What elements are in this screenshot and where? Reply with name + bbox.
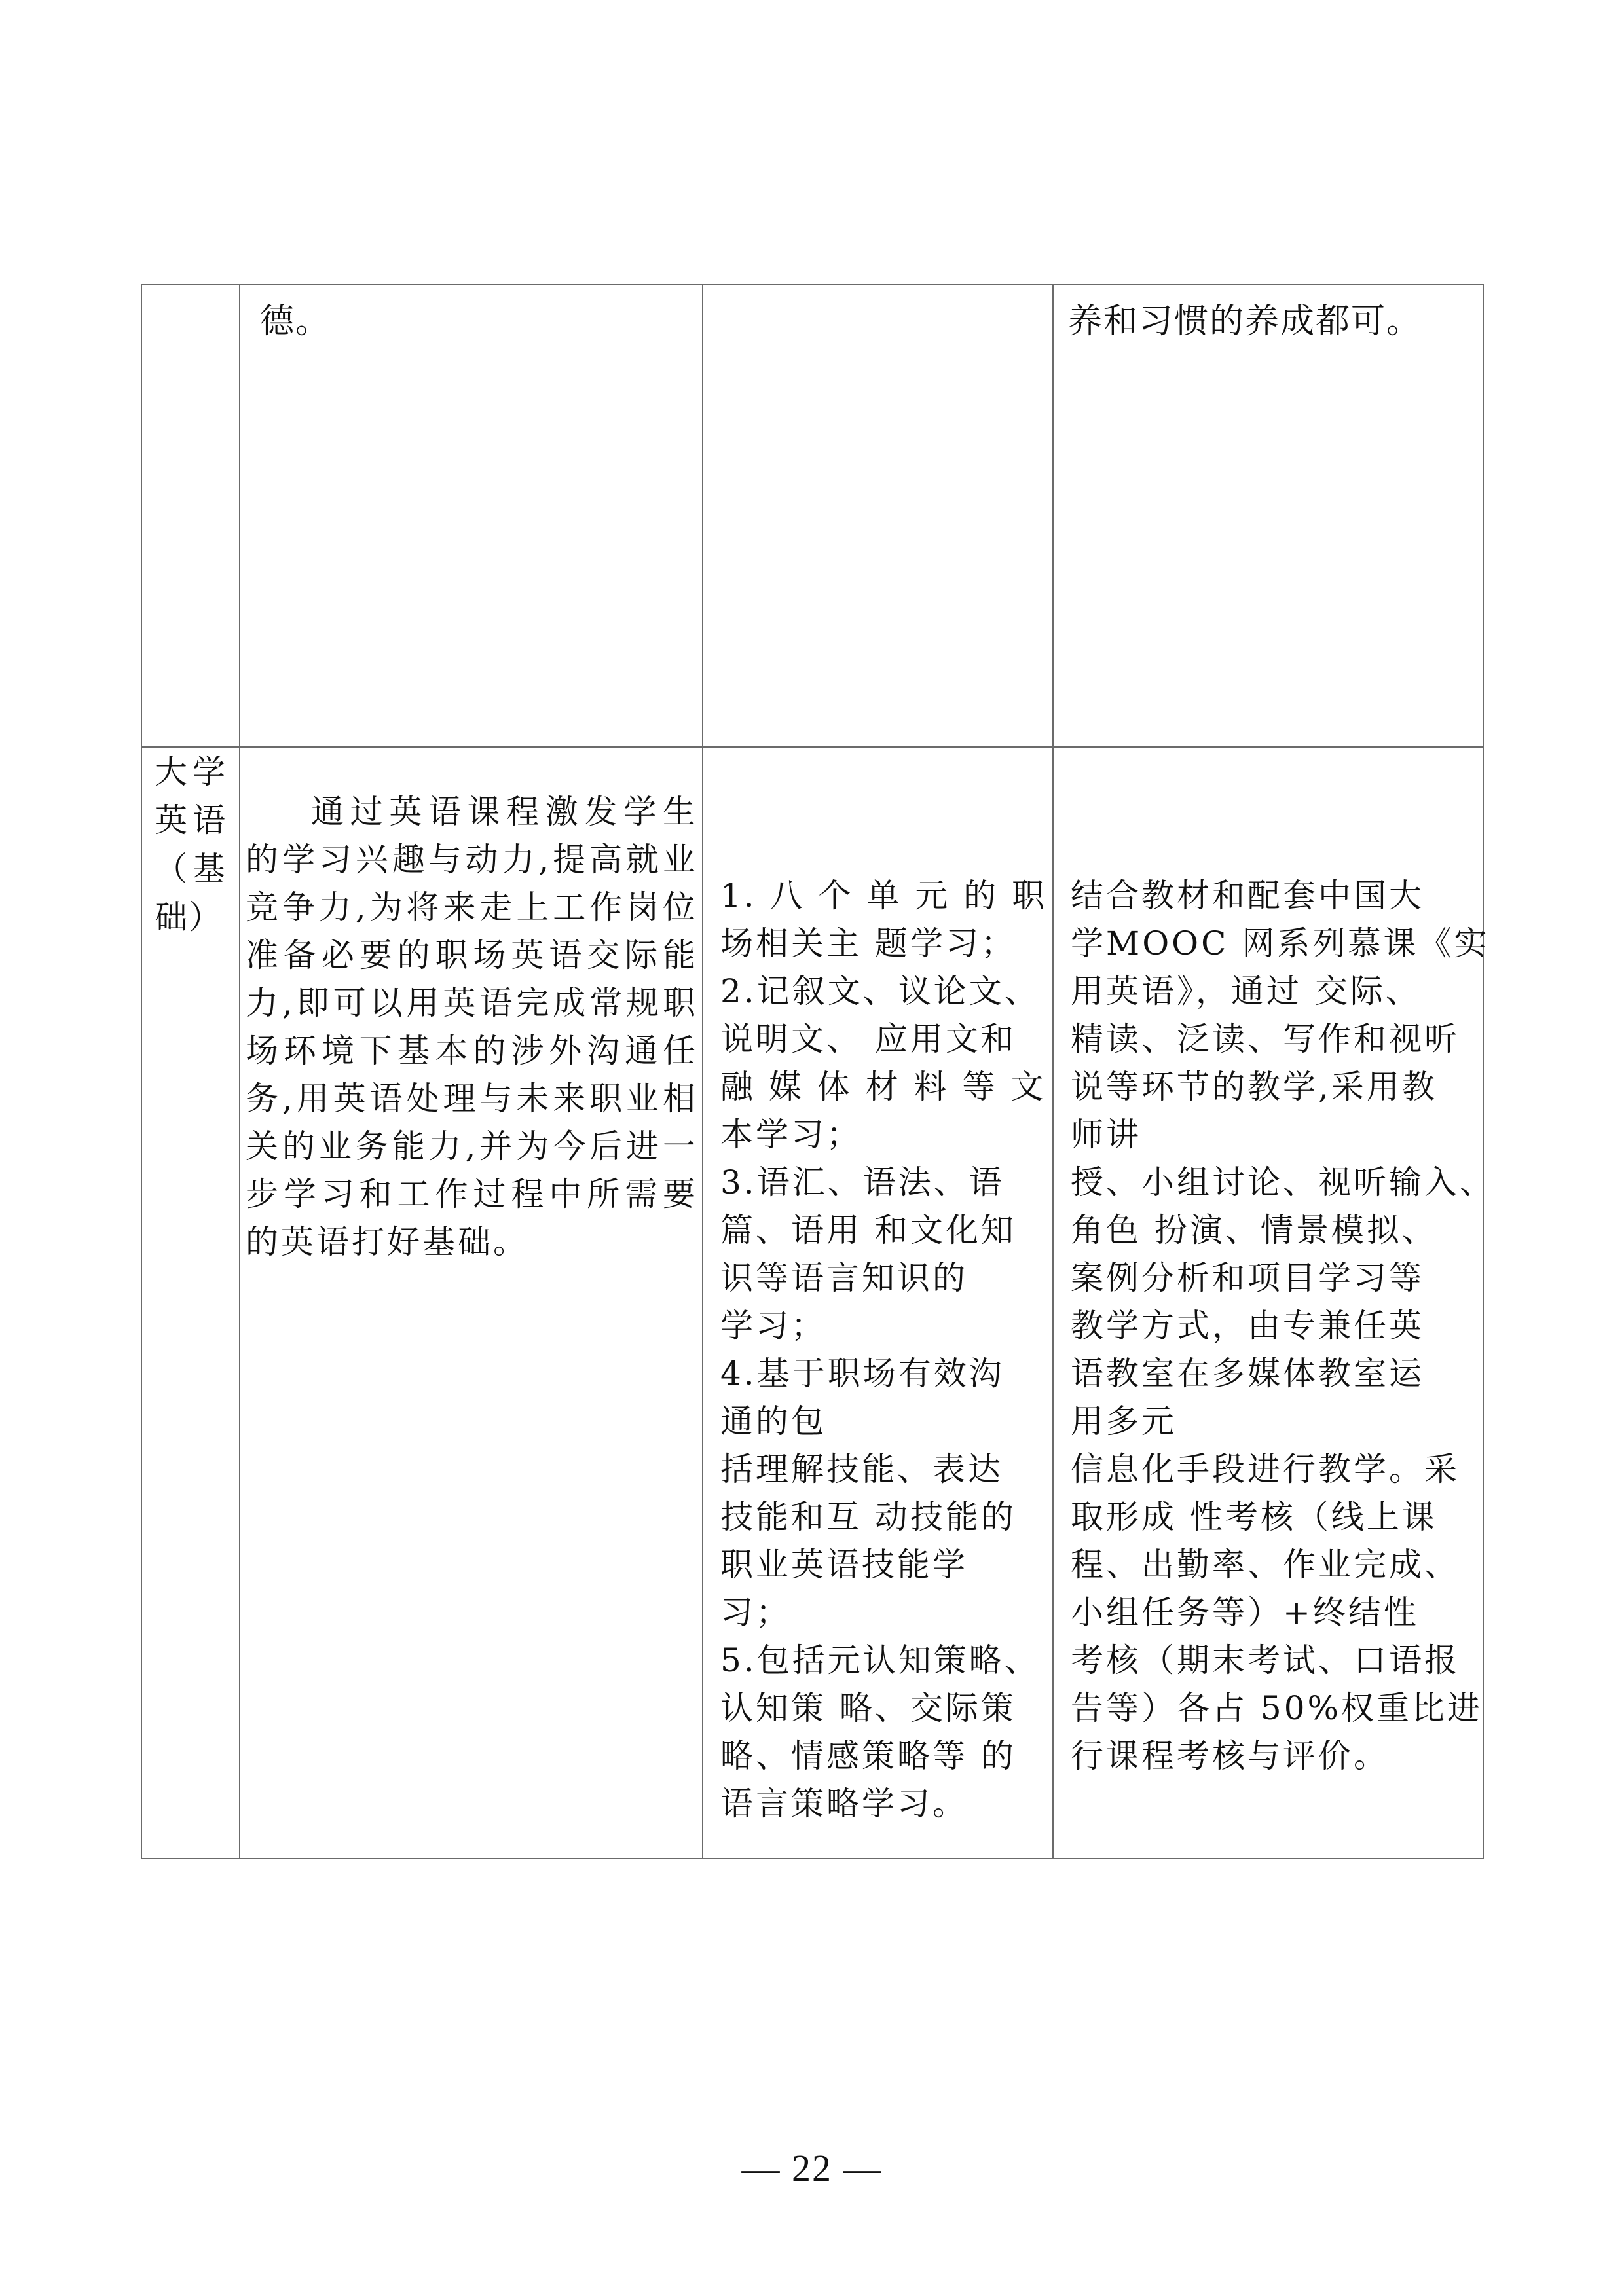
course-name-text: 大学英语（基础） [155, 748, 227, 941]
goal-cell: 德。 [240, 285, 703, 747]
method-line: 语教室在多媒体教室运 [1071, 1350, 1477, 1398]
method-line: 考核（期末考试、口语报 [1071, 1637, 1477, 1685]
method-line: 师讲 [1071, 1111, 1477, 1159]
method-line: 行课程考核与评价。 [1071, 1732, 1477, 1780]
content-line: 习； [720, 1589, 1047, 1637]
course-table: 德。 养和习惯的养成都可。 大学英语（基础） 通过英语课程激发学生的学习兴趣与动… [141, 284, 1484, 1859]
course-name-text [142, 285, 239, 299]
method-line: 角色 扮演、情景模拟、 [1071, 1207, 1477, 1254]
content-line: 5.包括元认知策略、 [720, 1637, 1047, 1685]
content-line: 1. 八 个 单 元 的 职 [720, 872, 1047, 920]
method-line: 程、出勤率、作业完成、 [1071, 1541, 1477, 1589]
content-line: 说明文、 应用文和 [720, 1015, 1047, 1063]
content-list: 1. 八 个 单 元 的 职 场相关主 题学习； 2.记叙文、议论文、 说明文、… [703, 748, 1052, 1828]
content-cell [703, 285, 1053, 747]
content-text [703, 285, 1052, 299]
content-line: 认知策 略、交际策 [720, 1685, 1047, 1732]
content-line: 2.记叙文、议论文、 [720, 968, 1047, 1015]
course-name-cell: 大学英语（基础） [141, 747, 240, 1859]
content-line: 括理解技能、表达 [720, 1446, 1047, 1493]
method-list: 结合教材和配套中国大 学MOOC 网系列慕课《实 用英语》，通过 交际、 精读、… [1054, 748, 1483, 1780]
goal-text: 德。 [240, 285, 702, 344]
method-line: 精读、泛读、写作和视听 [1071, 1015, 1477, 1063]
table-row-college-english: 大学英语（基础） 通过英语课程激发学生的学习兴趣与动力,提高就业竞争力,为将来走… [141, 747, 1483, 1859]
method-line: 说等环节的教学,采用教 [1071, 1063, 1477, 1111]
method-line: 小组任务等）+终结性 [1071, 1589, 1477, 1637]
method-line: 授、小组讨论、视听输入、 [1071, 1159, 1477, 1207]
method-cell: 结合教材和配套中国大 学MOOC 网系列慕课《实 用英语》，通过 交际、 精读、… [1053, 747, 1483, 1859]
method-text: 养和习惯的养成都可。 [1054, 285, 1483, 344]
method-line: 告等）各占 50%权重比进 [1071, 1685, 1477, 1732]
content-line: 篇、语用 和文化知 [720, 1207, 1047, 1254]
goal-text: 通过英语课程激发学生的学习兴趣与动力,提高就业竞争力,为将来走上工作岗位准备必要… [246, 788, 698, 1266]
content-line: 场相关主 题学习； [720, 920, 1047, 968]
method-line: 学MOOC 网系列慕课《实 [1071, 920, 1477, 968]
goal-cell: 通过英语课程激发学生的学习兴趣与动力,提高就业竞争力,为将来走上工作岗位准备必要… [240, 747, 703, 1859]
method-line: 用多元 [1071, 1398, 1477, 1446]
content-line: 本学习； [720, 1111, 1047, 1159]
content-cell: 1. 八 个 单 元 的 职 场相关主 题学习； 2.记叙文、议论文、 说明文、… [703, 747, 1053, 1859]
method-line: 信息化手段进行教学。采 [1071, 1446, 1477, 1493]
method-cell: 养和习惯的养成都可。 [1053, 285, 1483, 747]
table-row-continued: 德。 养和习惯的养成都可。 [141, 285, 1483, 747]
method-line: 结合教材和配套中国大 [1071, 872, 1477, 920]
content-line: 学习； [720, 1302, 1047, 1350]
method-line: 取形成 性考核（线上课 [1071, 1493, 1477, 1541]
content-line: 融 媒 体 材 料 等 文 [720, 1063, 1047, 1111]
content-line: 技能和互 动技能的 [720, 1493, 1047, 1541]
course-name-cell [141, 285, 240, 747]
method-line: 用英语》，通过 交际、 [1071, 968, 1477, 1015]
page-number: — 22 — [0, 2146, 1624, 2190]
content-line: 职业英语技能学 [720, 1541, 1047, 1589]
method-line: 教学方式，由专兼任英 [1071, 1302, 1477, 1350]
content-line: 3.语汇、语法、语 [720, 1159, 1047, 1207]
content-line: 识等语言知识的 [720, 1254, 1047, 1302]
content-line: 4.基于职场有效沟 [720, 1350, 1047, 1398]
document-page: 德。 养和习惯的养成都可。 大学英语（基础） 通过英语课程激发学生的学习兴趣与动… [0, 0, 1624, 2296]
content-line: 通的包 [720, 1398, 1047, 1446]
method-line: 案例分析和项目学习等 [1071, 1254, 1477, 1302]
content-line: 语言策略学习。 [720, 1780, 1047, 1828]
content-line: 略、情感策略等 的 [720, 1732, 1047, 1780]
